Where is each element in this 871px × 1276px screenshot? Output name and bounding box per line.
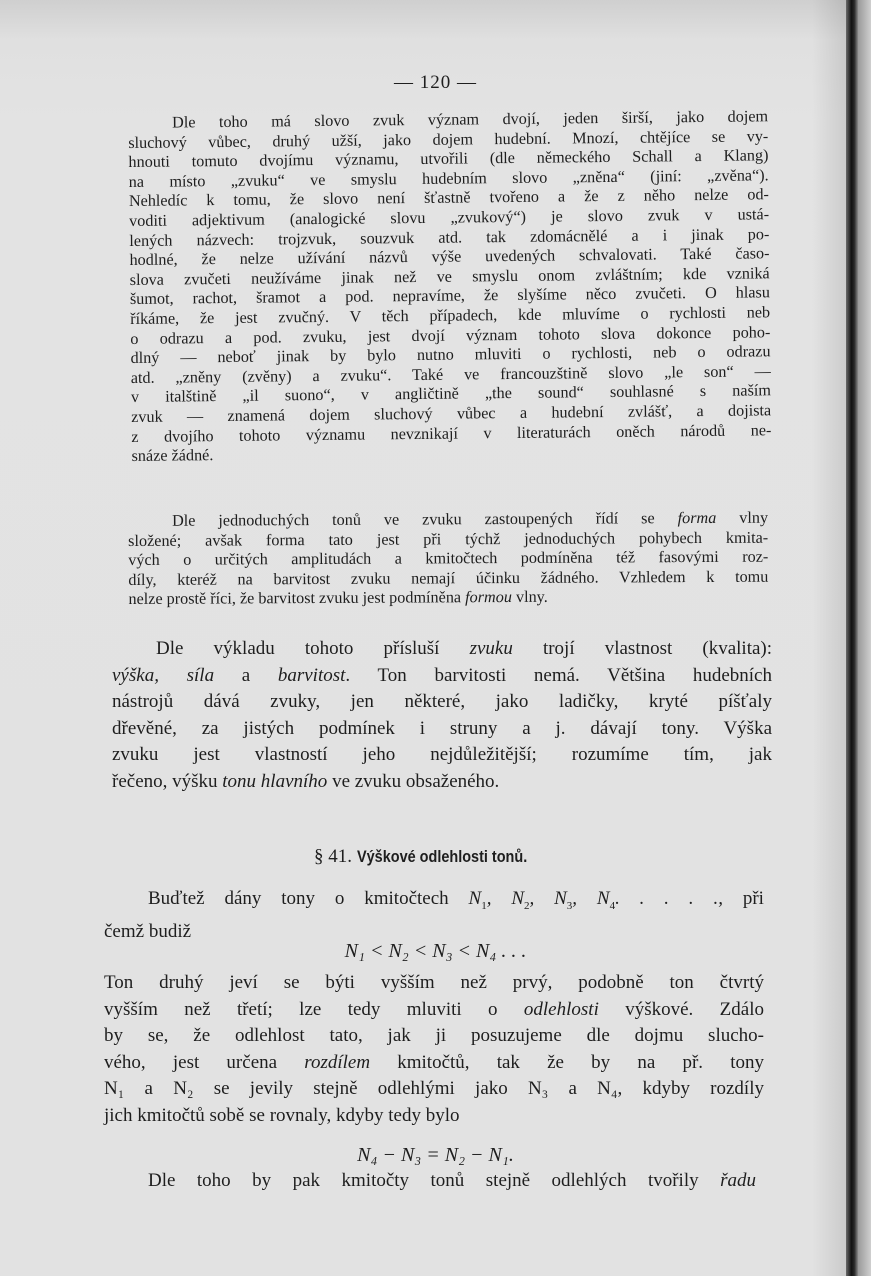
- paragraph5-line: by se, že odlehlost tato, jak ji posuzuj…: [104, 1023, 764, 1050]
- paragraph2-line: díly, kteréž na barvitost zvuku nemají ú…: [128, 567, 768, 590]
- paragraph3-line: nástrojů dává zvuky, jen některé, jako l…: [112, 689, 772, 716]
- page-edge: [858, 0, 871, 1276]
- paragraph5-line: Ton druhý jeví se býti vyšším než prvý, …: [104, 970, 764, 997]
- paragraph-2: Dle jednoduchých tonů ve zvuku zastoupen…: [128, 509, 769, 610]
- formula-equality: N₄ − N₃ = N₂ − N₁.: [0, 1144, 871, 1167]
- paragraph-1: Dle toho má slovo zvuk význam dvojí, jed…: [128, 107, 772, 466]
- section-heading: § 41. Výškové odlehlosti tonů.: [0, 846, 871, 868]
- paragraph2-line: nelze prostě říci, že barvitost zvuku je…: [128, 587, 768, 610]
- paragraph3-line: výška, síla a barvitost. Ton barvitosti …: [112, 663, 772, 690]
- paragraph-4: Buďtež dány tony o kmitočtech N1, N2, N3…: [104, 886, 764, 946]
- paragraph5-line: N₁ a N₂ se jevily stejně odlehlými jako …: [104, 1076, 764, 1103]
- paragraph3-line: zvuku jest vlastností jeho nejdůležitějš…: [112, 742, 772, 769]
- paragraph-3: Dle výkladu tohoto přísluší zvuku trojí …: [112, 636, 772, 796]
- paragraph3-line: řečeno, výšku tonu hlavního ve zvuku obs…: [112, 769, 772, 796]
- paragraph-6: Dle toho by pak kmitočty tonů stejně odl…: [104, 1168, 756, 1195]
- formula-inequality: N₁ < N₂ < N₃ < N₄ . . .: [0, 940, 871, 963]
- paragraph3-line: Dle výkladu tohoto přísluší zvuku trojí …: [112, 636, 772, 663]
- page-number: — 120 —: [0, 72, 871, 94]
- section-number: § 41.: [314, 846, 352, 867]
- paragraph-5: Ton druhý jeví se býti vyšším než prvý, …: [104, 970, 764, 1130]
- paragraph5-line: vyšším než třetí; lze tedy mluviti o odl…: [104, 997, 764, 1024]
- paragraph5-line: vého, jest určena rozdílem kmitočtů, tak…: [104, 1050, 764, 1077]
- paragraph-4-line-1: Buďtež dány tony o kmitočtech N1, N2, N3…: [104, 886, 764, 919]
- paragraph5-line: jich kmitočtů sobě se rovnaly, kdyby ted…: [104, 1103, 764, 1130]
- paragraph-6-line: Dle toho by pak kmitočty tonů stejně odl…: [104, 1168, 756, 1195]
- paragraph3-line: dřevěné, za jistých podmínek i struny a …: [112, 716, 772, 743]
- section-title: Výškové odlehlosti tonů.: [357, 847, 527, 867]
- book-spine-shadow: [846, 0, 858, 1276]
